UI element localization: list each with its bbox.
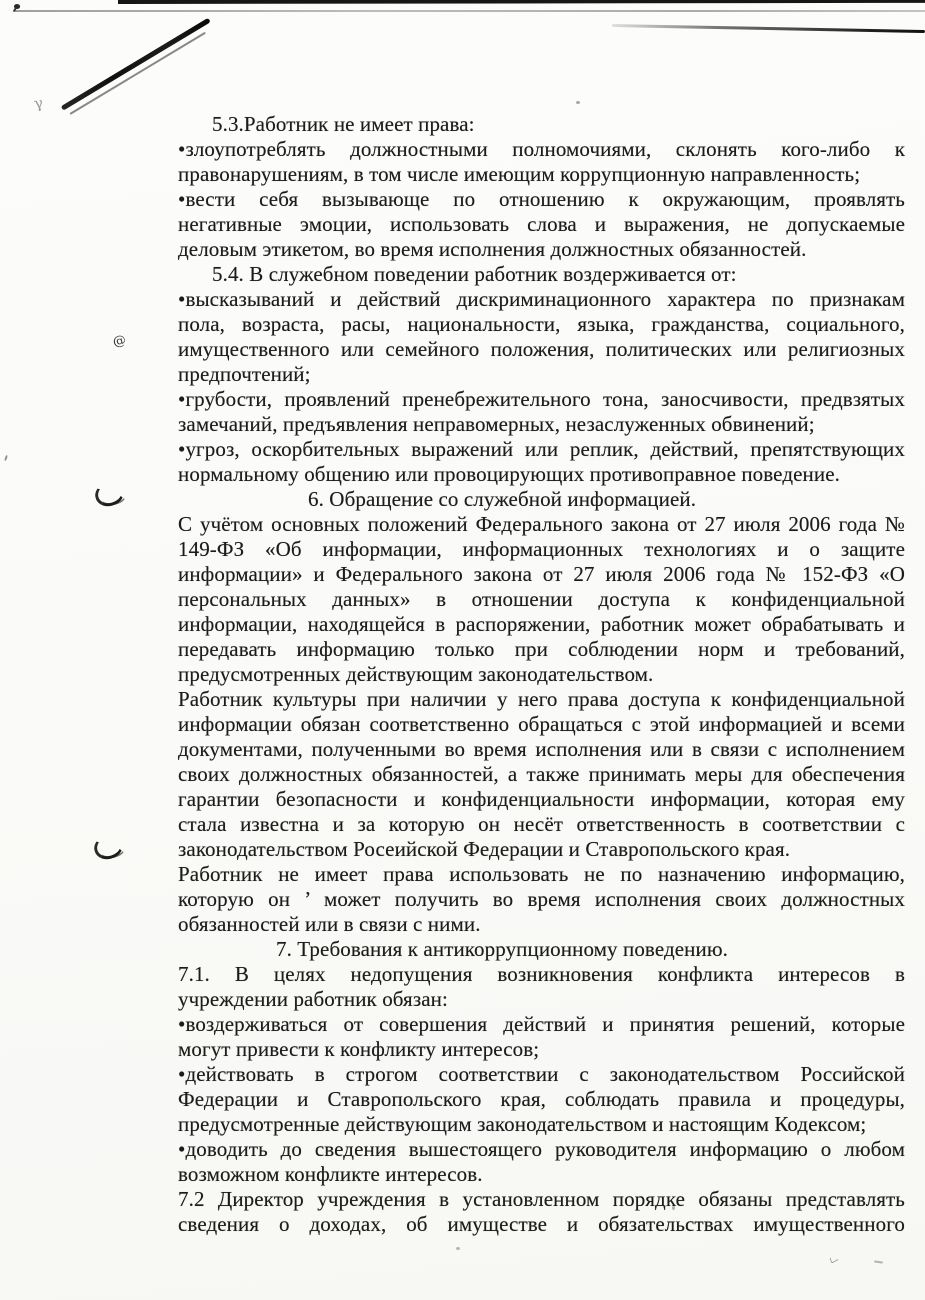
section-start-line: 7.2 Директор учреждения в установленном … [178,1187,905,1212]
section-heading: 7. Требования к антикоррупционному повед… [178,937,905,962]
bullet-line: •действовать в строгом соответствии с за… [178,1062,905,1087]
text-line: сведения о доходах, об имуществе и обяза… [178,1212,905,1237]
text-line: предпочтений; [178,362,905,387]
text-line: которую он ’ может получить во время исп… [178,887,905,912]
text-line: нормальному общению или провоцирующих пр… [178,462,905,487]
text-line: гарантии безопасности и конфиденциальнос… [178,787,905,812]
text-line: Работник не имеет права использовать не … [178,862,905,887]
text-line: персональных данных» в отношении доступа… [178,587,905,612]
small-ink-blot: @ [111,333,126,350]
section-start-line: 7.1. В целях недопущения возникновения к… [178,962,905,987]
text-line: предусмотренные действующим законодатель… [178,1112,905,1137]
text-line: информации, находящейся в распоряжении, … [178,612,905,637]
text-line: могут привести к конфликту интересов; [178,1037,905,1062]
text-line: негативные эмоции, использовать слова и … [178,212,905,237]
bullet-line: •вести себя вызывающе по отношению к окр… [178,187,905,212]
text-line: документами, полученными во время исполн… [178,737,905,762]
text-line: 149-ФЗ «Об информации, информационных те… [178,537,905,562]
bullet-line: •высказываний и действий дискриминационн… [178,287,905,312]
faint-pen-mark: γ [32,93,45,112]
text-line: возможном конфликте интересов. [178,1162,905,1187]
diagonal-pen-stroke-echo [69,32,205,115]
text-line: стала известна и за которую он несёт отв… [178,812,905,837]
text-line: информации» и Федерального закона от 27 … [178,562,905,587]
scan-top-rule-line [13,10,925,12]
scan-top-edge-bar [118,0,925,4]
text-line: имущественного или семейного положения, … [178,337,905,362]
faint-dash-speck [874,1260,883,1263]
faint-check-speck [830,1254,839,1264]
paper-speck [4,455,8,461]
text-line: Федерации и Ставропольского края, соблюд… [178,1087,905,1112]
text-line: предусмотренных действующим законодатель… [178,662,905,687]
text-line: обязанностей или в связи с ними. [178,912,905,937]
text-block: 5.3.Работник не имеет права:•злоупотребл… [178,112,905,1237]
bullet-line: •злоупотреблять должностными полномочиям… [178,137,905,162]
text-line: деловым этикетом, во время исполнения до… [178,237,905,262]
bullet-line: •угроз, оскорбительных выражений или реп… [178,437,905,462]
scan-top-right-line [612,24,925,33]
section-start-line: 5.4. В служебном поведении работник возд… [178,262,905,287]
text-line: своих должностных обязанностей, а также … [178,762,905,787]
text-line: Работник культуры при наличии у него пра… [178,687,905,712]
text-line: С учётом основных положений Федерального… [178,512,905,537]
section-start-line: 5.3.Работник не имеет права: [178,112,905,137]
scanned-document-page: γ @ 5.3.Работник не имеет права:•злоупот… [0,0,925,1300]
paper-speck [456,1247,460,1250]
bullet-line: •воздерживаться от совершения действий и… [178,1012,905,1037]
bullet-line: •доводить до сведения вышестоящего руков… [178,1137,905,1162]
text-line: законодательством Росеийской Федерации и… [178,837,905,862]
crescent-pen-mark-2 [93,833,123,863]
text-line: учреждении работник обязан: [178,987,905,1012]
paper-speck [576,101,580,104]
text-line: передавать информацию только при соблюде… [178,637,905,662]
text-line: информации обязан соответственно обращат… [178,712,905,737]
crescent-pen-mark-1 [94,480,124,510]
text-line: замечаний, предъявления неправомерных, н… [178,412,905,437]
scan-top-left-speck [13,3,20,10]
bullet-line: •грубости, проявлений пренебрежительного… [178,387,905,412]
section-heading: 6. Обращение со служебной информацией. [178,487,905,512]
text-line: правонарушениям, в том числе имеющим кор… [178,162,905,187]
diagonal-pen-stroke [61,18,211,111]
text-line: пола, возраста, расы, национальности, яз… [178,312,905,337]
